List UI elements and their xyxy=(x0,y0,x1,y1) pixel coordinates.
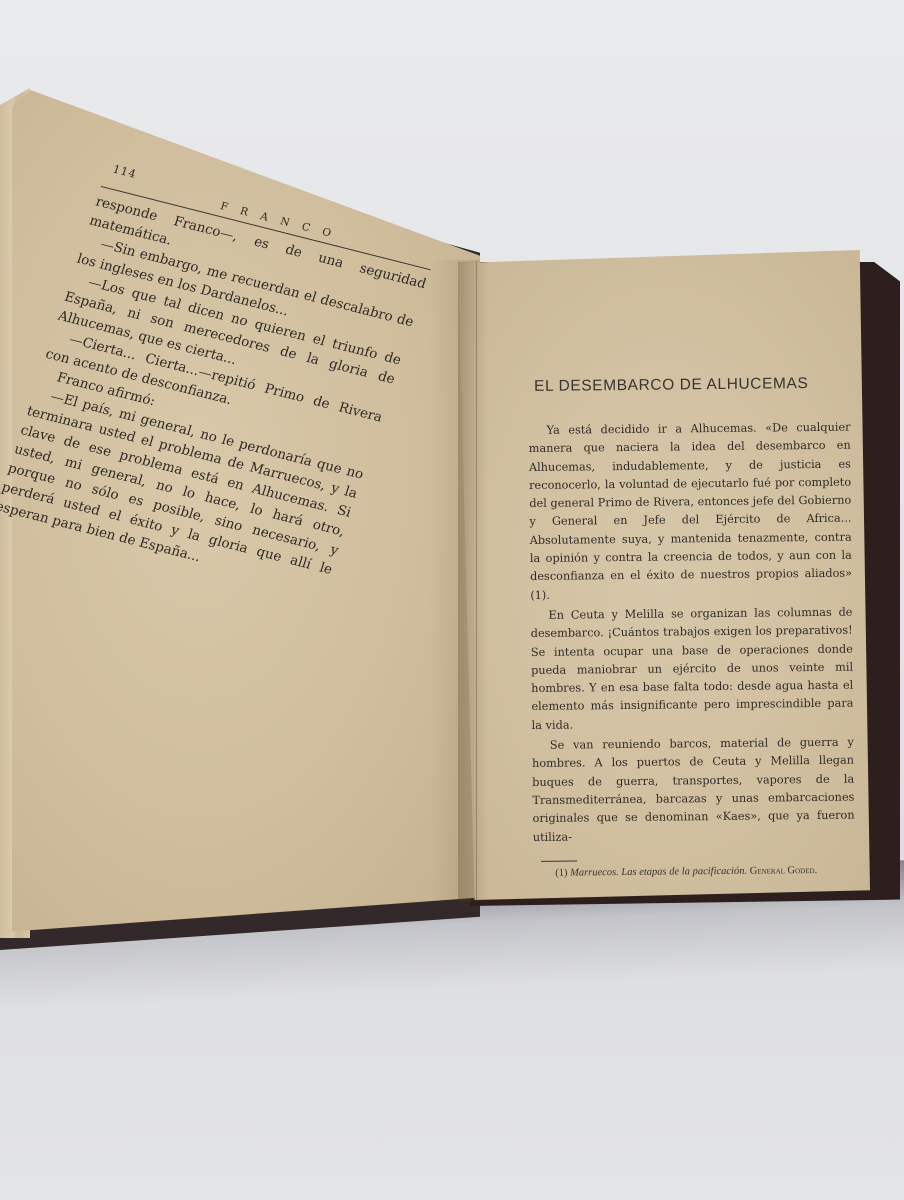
footnote-marker: (1) xyxy=(555,867,567,878)
chapter-title: EL DESEMBARCO DE ALHUCEMAS xyxy=(534,375,850,396)
footnote-source-title: Marruecos. Las etapas de la pacificación… xyxy=(570,866,747,879)
photo-scene: 114 FRANCO responde Franco—, es de una s… xyxy=(0,0,904,1200)
paragraph: En Ceuta y Melilla se organizan las colu… xyxy=(530,604,853,735)
footnote-author: General Goded. xyxy=(750,865,818,877)
paragraph: Se van reuniendo barcos, material de gue… xyxy=(532,734,855,847)
paragraph: Ya está decidido ir a Alhucemas. «De cua… xyxy=(528,419,852,605)
right-page-content: EL DESEMBARCO DE ALHUCEMAS Ya está decid… xyxy=(528,375,855,879)
right-page-text: Ya está decidido ir a Alhucemas. «De cua… xyxy=(528,419,854,847)
right-page-gutter-shadow xyxy=(458,262,488,902)
gutter-fold xyxy=(476,262,477,902)
footnote-rule xyxy=(541,860,577,861)
